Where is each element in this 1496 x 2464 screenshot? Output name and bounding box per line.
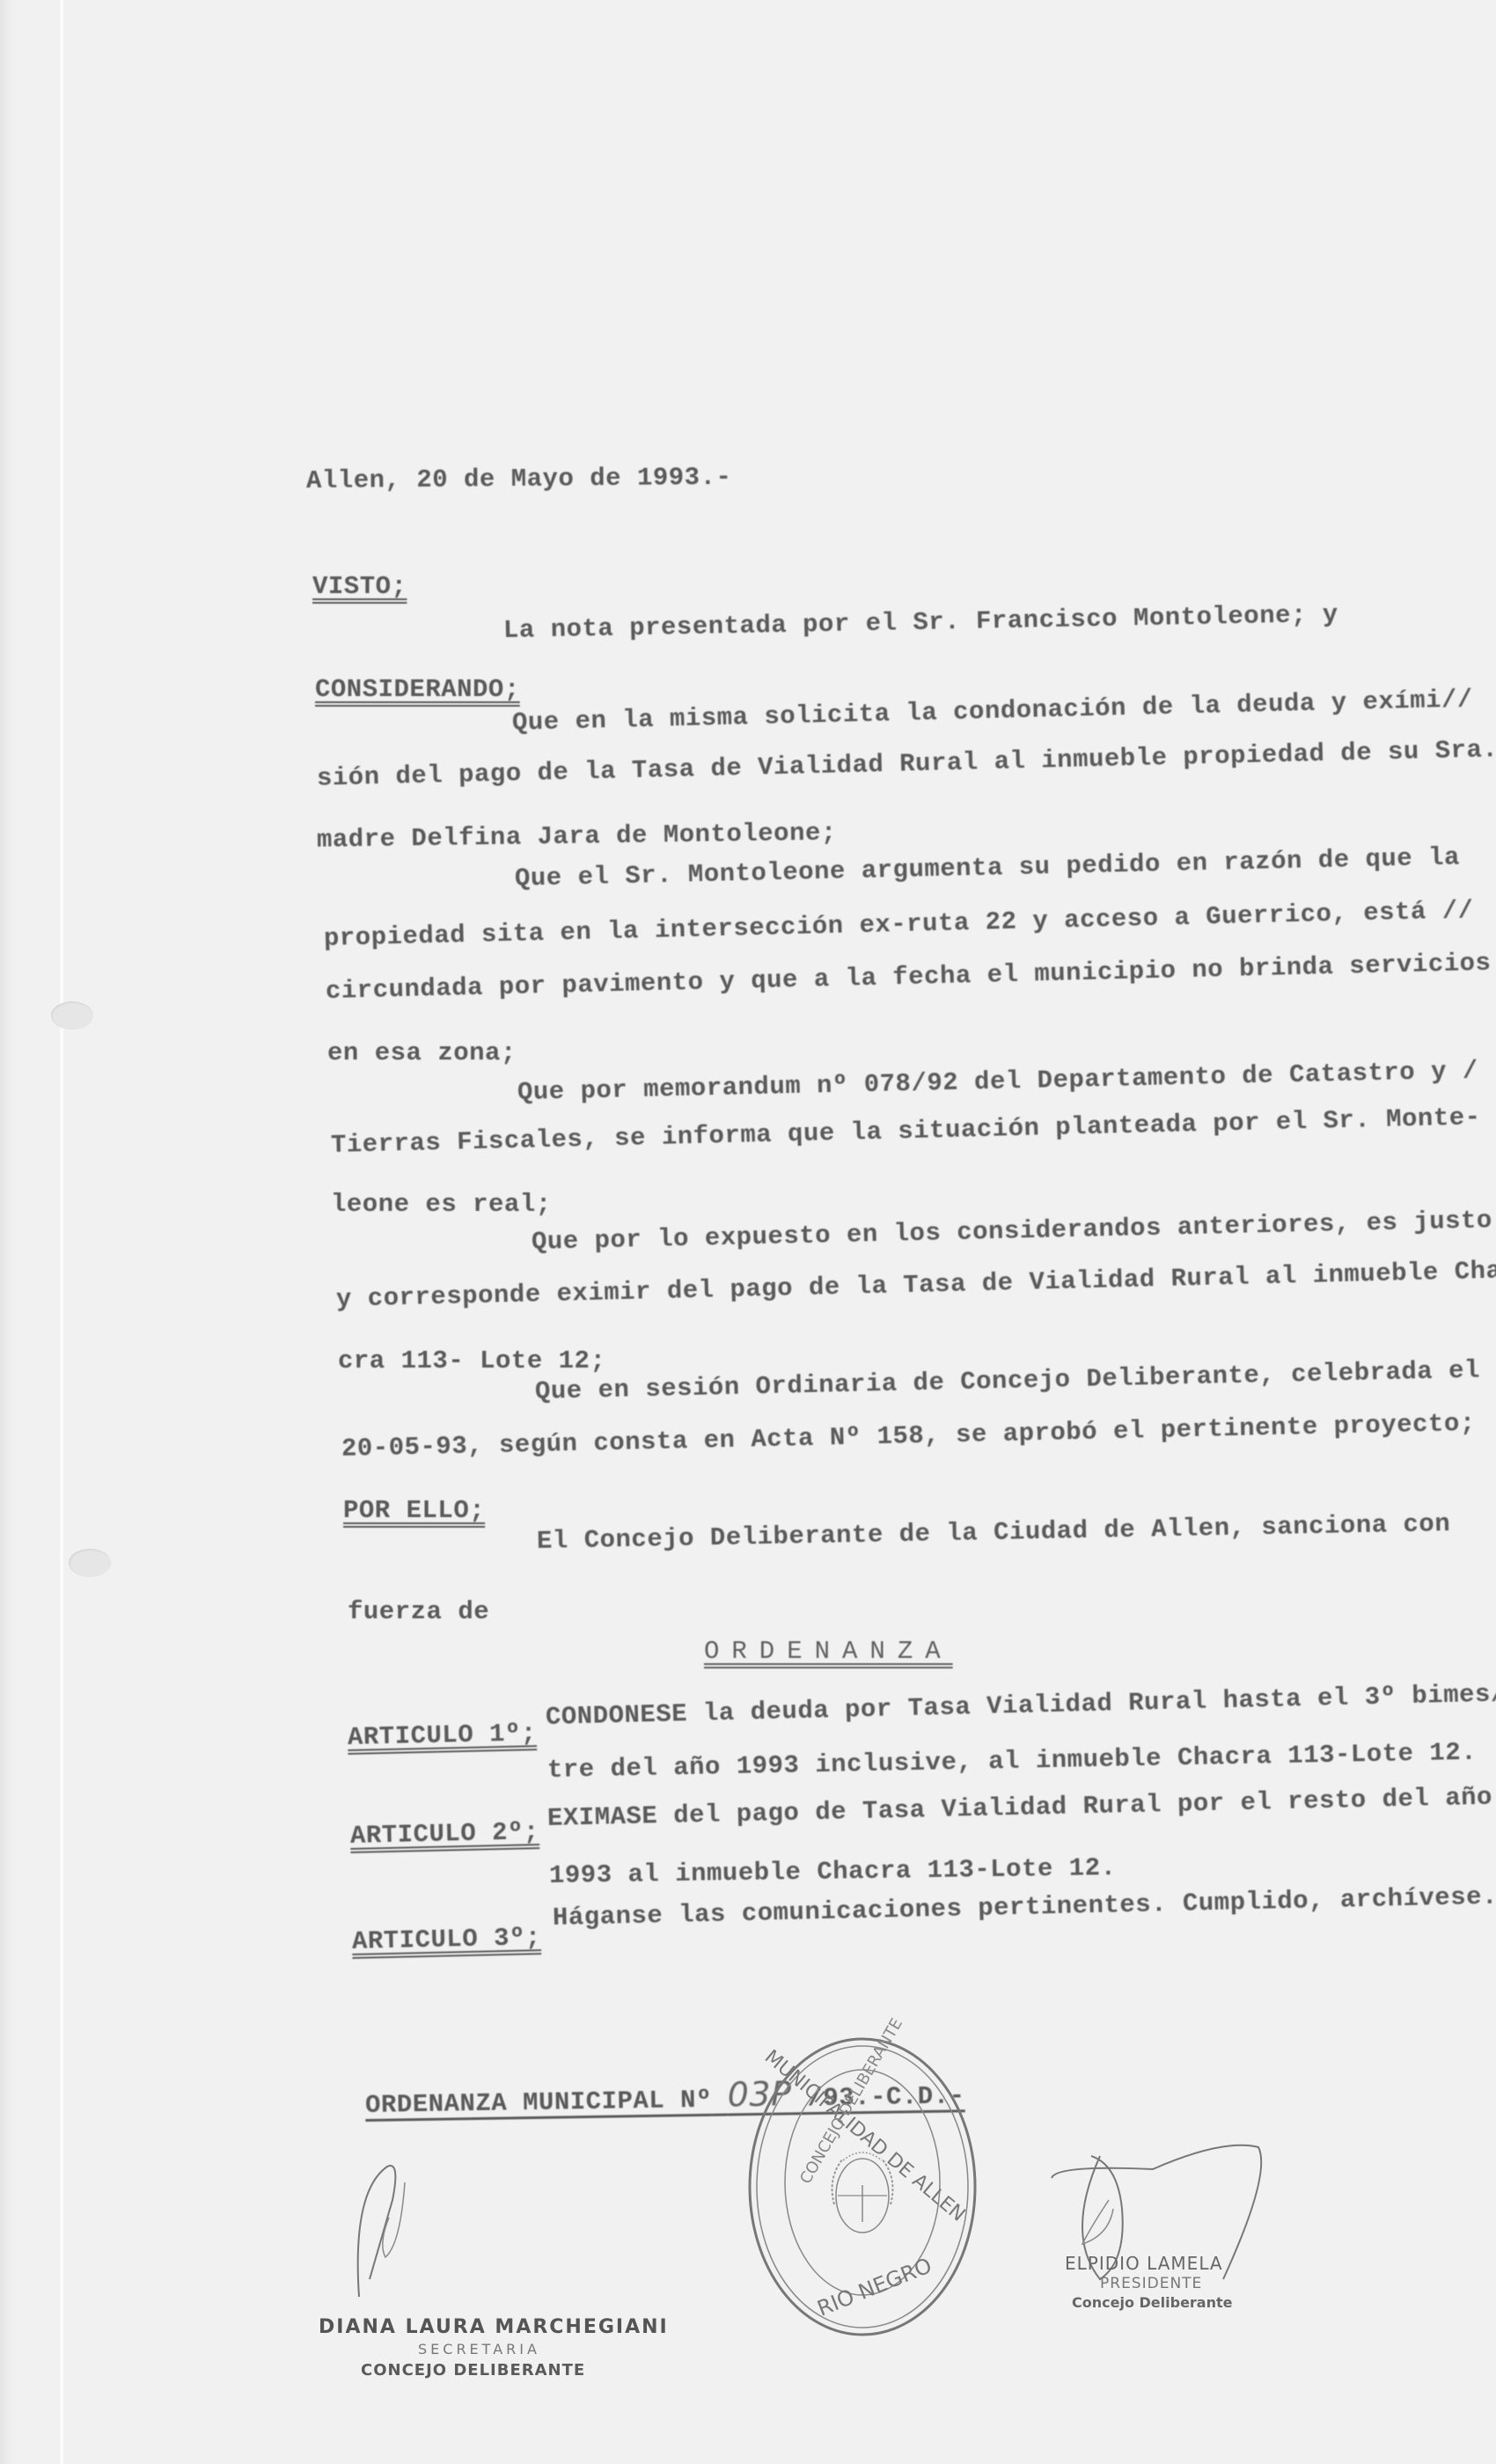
signature-right-role: PRESIDENTE <box>1100 2275 1202 2292</box>
considerando-line: 20-05-93, según consta en Acta Nº 158, s… <box>341 1409 1476 1463</box>
por-ello-line: fuerza de <box>348 1597 489 1626</box>
page-edge-shadow <box>0 0 12 2464</box>
signature-left-name: DIANA LAURA MARCHEGIANI <box>319 2316 669 2338</box>
article-1-line: CONDONESE la deuda por Tasa Vialidad Rur… <box>546 1679 1496 1732</box>
article-3-label: ARTICULO 3º; <box>352 1923 542 1956</box>
ordenanza-title: ORDENANZA <box>704 1637 953 1666</box>
considerando-line: leone es real; <box>331 1190 552 1219</box>
signature-left-organization: CONCEJO DELIBERANTE <box>361 2361 585 2380</box>
visto-heading: VISTO; <box>312 572 407 601</box>
signature-right-name: ELPIDIO LAMELA <box>1065 2253 1223 2274</box>
considerando-line: sión del pago de la Tasa de Vialidad Rur… <box>317 735 1496 793</box>
article-2-line: EXIMASE del pago de Tasa Vialidad Rural … <box>547 1783 1493 1833</box>
article-2-label: ARTICULO 2º; <box>350 1817 540 1851</box>
considerando-line: circundada por pavimento y que a la fech… <box>326 949 1492 1006</box>
article-3-line: Háganse las comunicaciones pertinentes. … <box>553 1881 1496 1932</box>
signature-left-role: SECRETARIA <box>418 2341 540 2358</box>
por-ello-heading: POR ELLO; <box>343 1496 485 1525</box>
considerando-line: Que el Sr. Montoleone argumenta su pedid… <box>515 843 1461 893</box>
por-ello-line: El Concejo Deliberante de la Ciudad de A… <box>537 1509 1451 1556</box>
ordinance-number-prefix: ORDENANZA MUNICIPAL Nº <box>365 2086 712 2120</box>
signature-right-organization: Concejo Deliberante <box>1072 2294 1233 2311</box>
considerando-line: en esa zona; <box>327 1038 517 1067</box>
page-fold-line <box>60 0 63 2464</box>
considerando-line: propiedad sita en la intersección ex-rut… <box>324 896 1474 953</box>
signature-left-scribble <box>352 2156 440 2306</box>
considerando-line: Tierras Fiscales, se informa que la situ… <box>331 1103 1481 1160</box>
considerando-line: cra 113- Lote 12; <box>338 1346 605 1375</box>
place-date: Allen, 20 de Mayo de 1993.- <box>306 463 732 495</box>
punch-hole-bottom <box>69 1549 111 1577</box>
article-1-label: ARTICULO 1º; <box>348 1719 538 1752</box>
considerando-heading: CONSIDERANDO; <box>315 675 520 704</box>
considerando-line: Que por lo expuesto en los considerandos… <box>532 1206 1493 1257</box>
considerando-line: Que por memorandum nº 078/92 del Departa… <box>517 1056 1479 1107</box>
considerando-line: Que en la misma solicita la condonación … <box>512 685 1474 737</box>
article-1-line: tre del año 1993 inclusive, al inmueble … <box>547 1738 1478 1785</box>
considerando-line: Que en sesión Ordinaria de Concejo Delib… <box>535 1356 1481 1406</box>
punch-hole-top <box>51 1001 93 1030</box>
visto-line: La nota presentada por el Sr. Francisco … <box>503 600 1338 645</box>
article-2-line: 1993 al inmueble Chacra 113-Lote 12. <box>549 1853 1117 1890</box>
considerando-line: madre Delfina Jara de Montoleone; <box>317 818 837 854</box>
considerando-line: y corresponde eximir del pago de la Tasa… <box>336 1256 1496 1314</box>
